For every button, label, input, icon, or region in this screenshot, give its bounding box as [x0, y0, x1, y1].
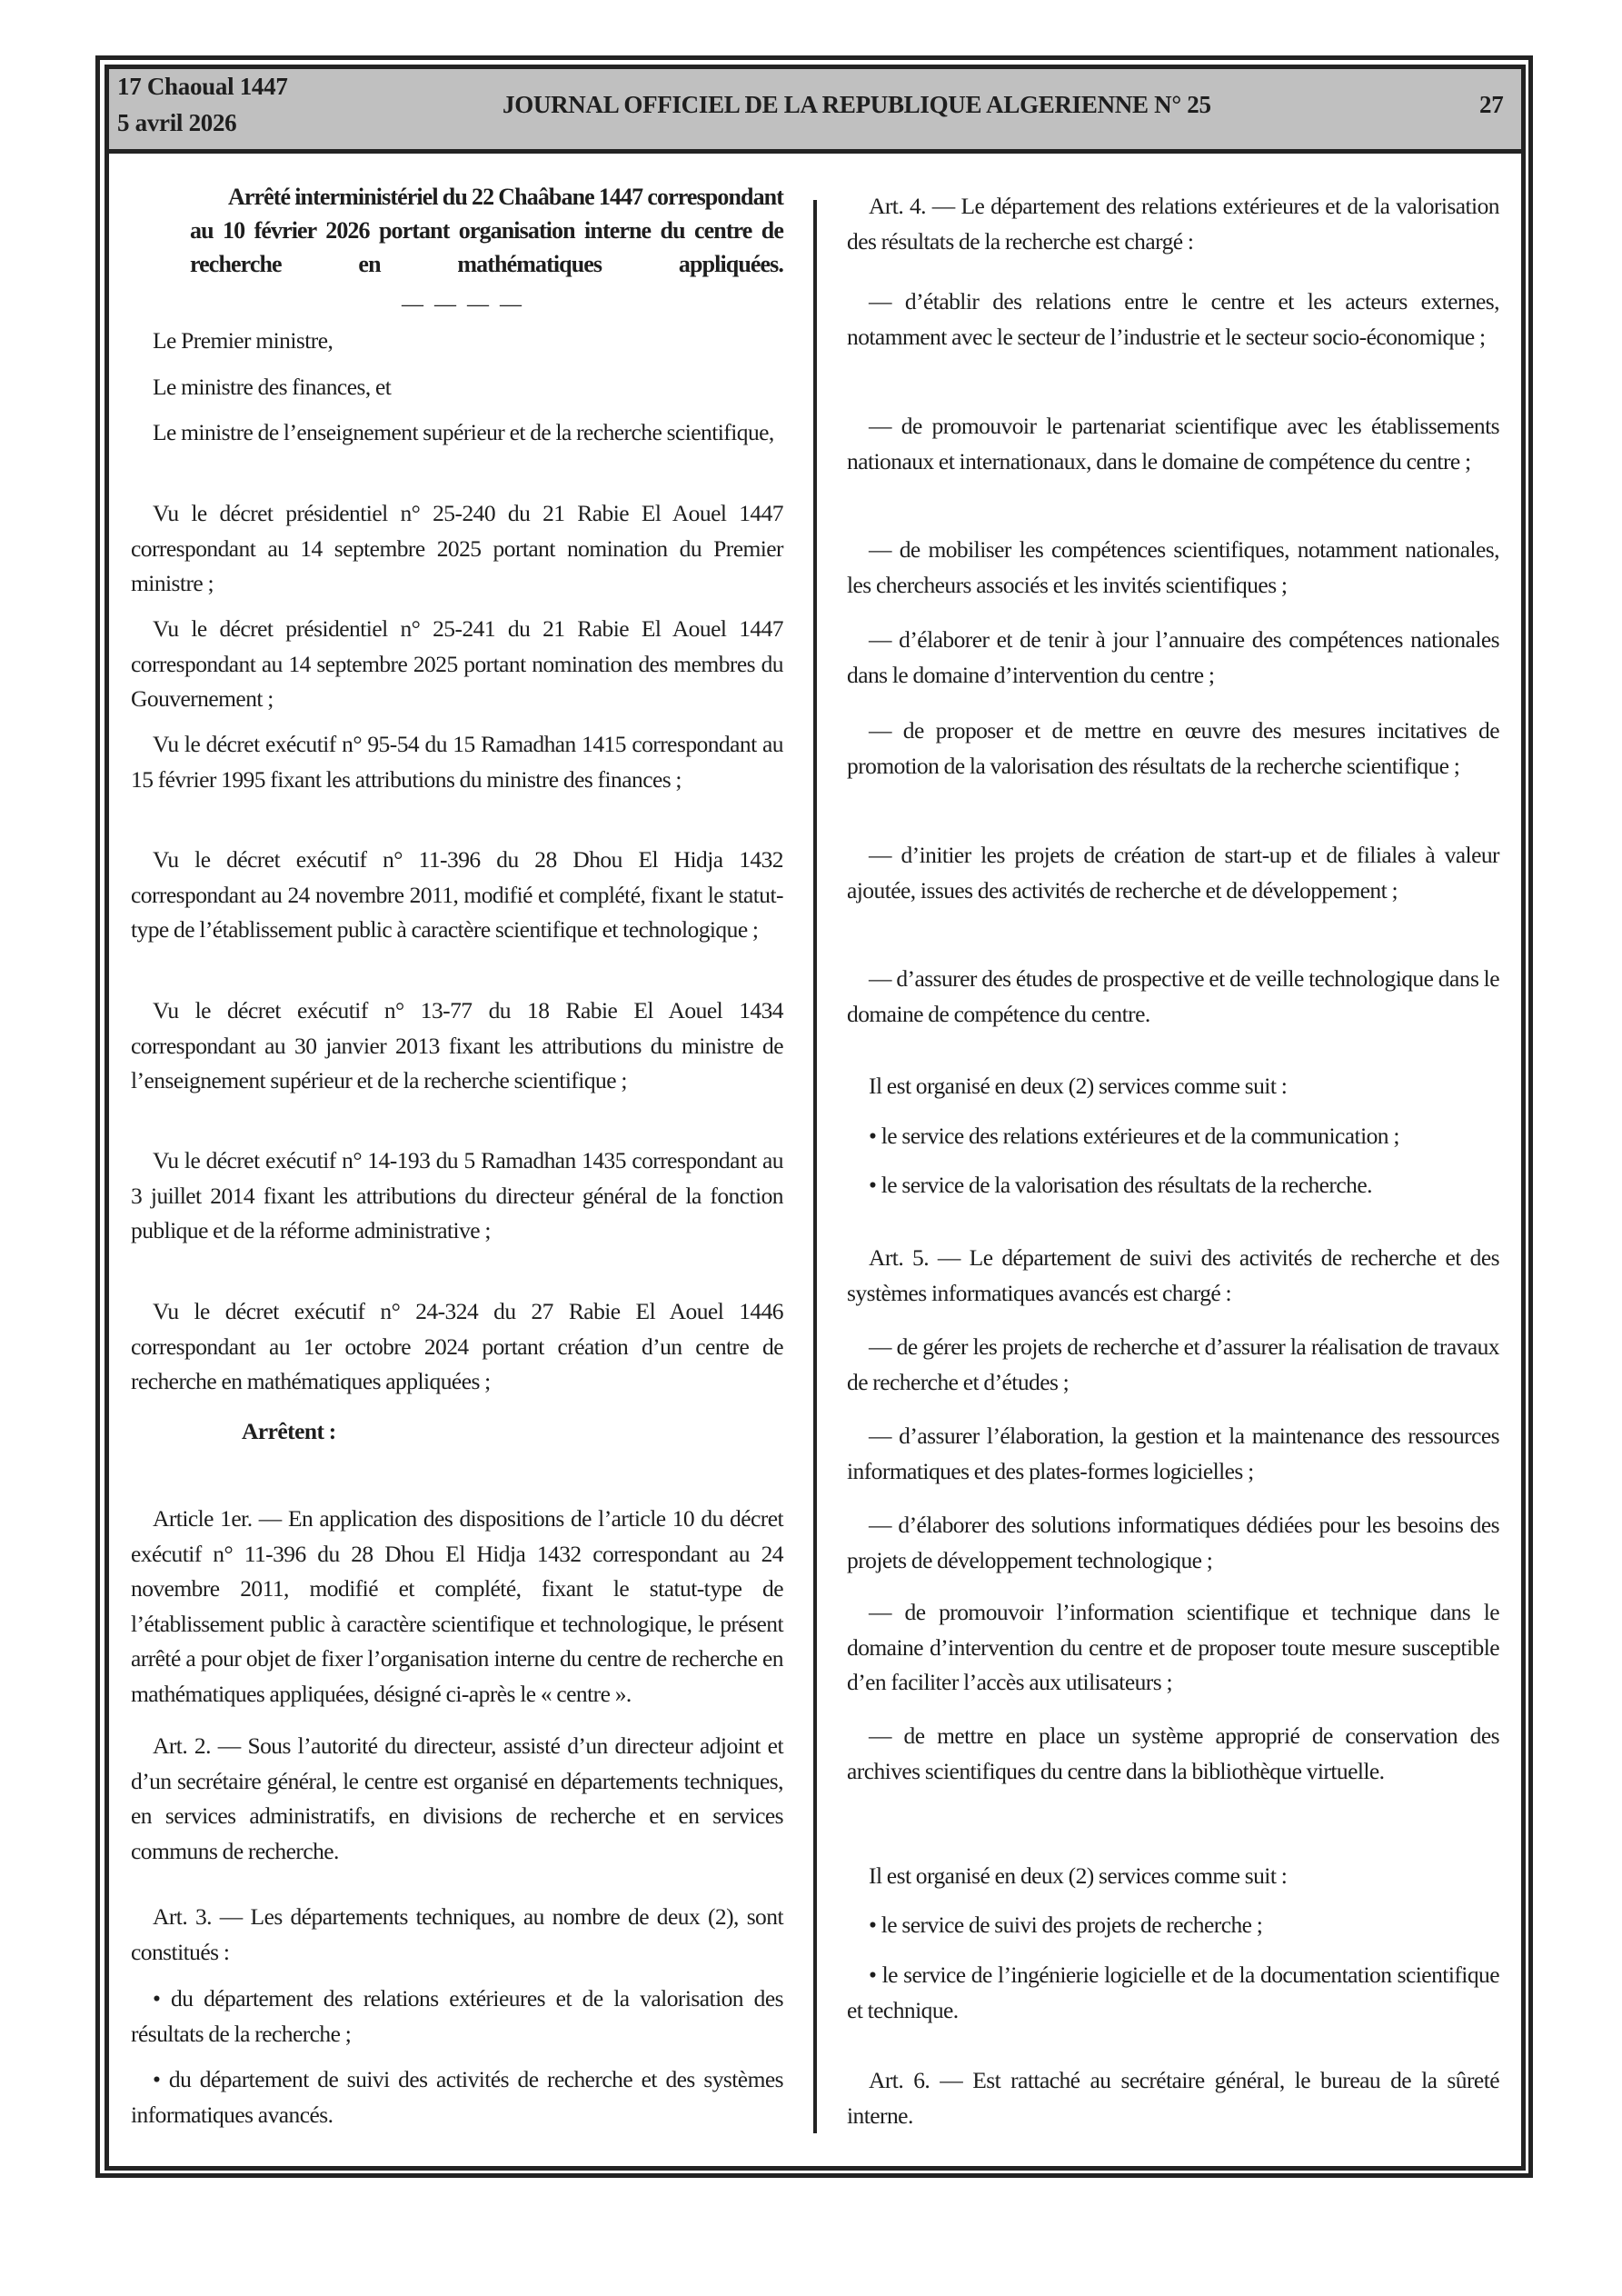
paragraph-premier-ministre: Le Premier ministre,: [131, 324, 783, 359]
article-4-item-7: — d’assurer des études de prospective et…: [847, 962, 1499, 1032]
article-4-service-1: • le service des relations extérieures e…: [847, 1119, 1499, 1154]
article-5-item-4: — de promouvoir l’information scientifiq…: [847, 1595, 1499, 1701]
article-4-item-5: — de proposer et de mettre en œuvre des …: [847, 714, 1499, 784]
journal-title: JOURNAL OFFICIEL DE LA REPUBLIQUE ALGERI…: [503, 91, 1211, 119]
document-title-line1: Arrêté interministériel du 22 Chaâbane 1…: [131, 180, 783, 214]
paragraph-vu-decret-25-241: Vu le décret présidentiel n° 25-241 du 2…: [131, 612, 783, 717]
title-separator: — — — —: [402, 293, 524, 317]
article-5-item-5: — de mettre en place un système appropri…: [847, 1719, 1499, 1789]
article-5: Art. 5. — Le département de suivi des ac…: [847, 1241, 1499, 1311]
paragraph-vu-decret-14-193: Vu le décret exécutif n° 14-193 du 5 Ram…: [131, 1143, 783, 1249]
arretent-heading: Arrêtent :: [131, 1414, 783, 1450]
article-1: Article 1er. — En application des dispos…: [131, 1502, 783, 1712]
paragraph-vu-decret-11-396: Vu le décret exécutif n° 11-396 du 28 Dh…: [131, 843, 783, 948]
paragraph-vu-decret-24-324: Vu le décret exécutif n° 24-324 du 27 Ra…: [131, 1294, 783, 1400]
article-4-services-intro: Il est organisé en deux (2) services com…: [847, 1069, 1499, 1104]
article-3-item-1: • du département des relations extérieur…: [131, 1982, 783, 2051]
article-5-service-2: • le service de l’ingénierie logicielle …: [847, 1958, 1499, 2028]
article-6: Art. 6. — Est rattaché au secrétaire gén…: [847, 2063, 1499, 2133]
paragraph-vu-decret-95-54: Vu le décret exécutif n° 95-54 du 15 Ram…: [131, 727, 783, 797]
article-4-item-2: — de promouvoir le partenariat scientifi…: [847, 409, 1499, 479]
article-5-services-intro: Il est organisé en deux (2) services com…: [847, 1859, 1499, 1894]
article-3: Art. 3. — Les départements techniques, a…: [131, 1900, 783, 1970]
header-hijri-date: 17 Chaoual 1447: [117, 73, 288, 101]
article-5-item-1: — de gérer les projets de recherche et d…: [847, 1330, 1499, 1400]
paragraph-ministre-finances: Le ministre des finances, et: [131, 370, 783, 405]
column-divider: [813, 200, 817, 2133]
article-3-item-2: • du département de suivi des activités …: [131, 2062, 783, 2132]
document-title-rest: au 10 février 2026 portant organisation …: [131, 214, 783, 281]
article-4-item-6: — d’initier les projets de création de s…: [847, 838, 1499, 908]
page-number: 27: [1479, 91, 1503, 119]
paragraph-ministre-enseignement: Le ministre de l’enseignement supérieur …: [131, 415, 783, 451]
article-5-service-1: • le service de suivi des projets de rec…: [847, 1908, 1499, 1943]
article-4: Art. 4. — Le département des relations e…: [847, 189, 1499, 259]
article-4-item-1: — d’établir des relations entre le centr…: [847, 285, 1499, 354]
document-title: Arrêté interministériel du 22 Chaâbane 1…: [131, 180, 783, 281]
article-5-item-2: — d’assurer l’élaboration, la gestion et…: [847, 1419, 1499, 1489]
article-4-item-4: — d’élaborer et de tenir à jour l’annuai…: [847, 623, 1499, 693]
article-2: Art. 2. — Sous l’autorité du directeur, …: [131, 1729, 783, 1869]
article-5-item-3: — d’élaborer des solutions informatiques…: [847, 1508, 1499, 1578]
paragraph-vu-decret-25-240: Vu le décret présidentiel n° 25-240 du 2…: [131, 496, 783, 602]
paragraph-vu-decret-13-77: Vu le décret exécutif n° 13-77 du 18 Rab…: [131, 993, 783, 1099]
article-4-item-3: — de mobiliser les compétences scientifi…: [847, 533, 1499, 603]
header-gregorian-date: 5 avril 2026: [117, 109, 236, 137]
article-4-service-2: • le service de la valorisation des résu…: [847, 1168, 1499, 1203]
